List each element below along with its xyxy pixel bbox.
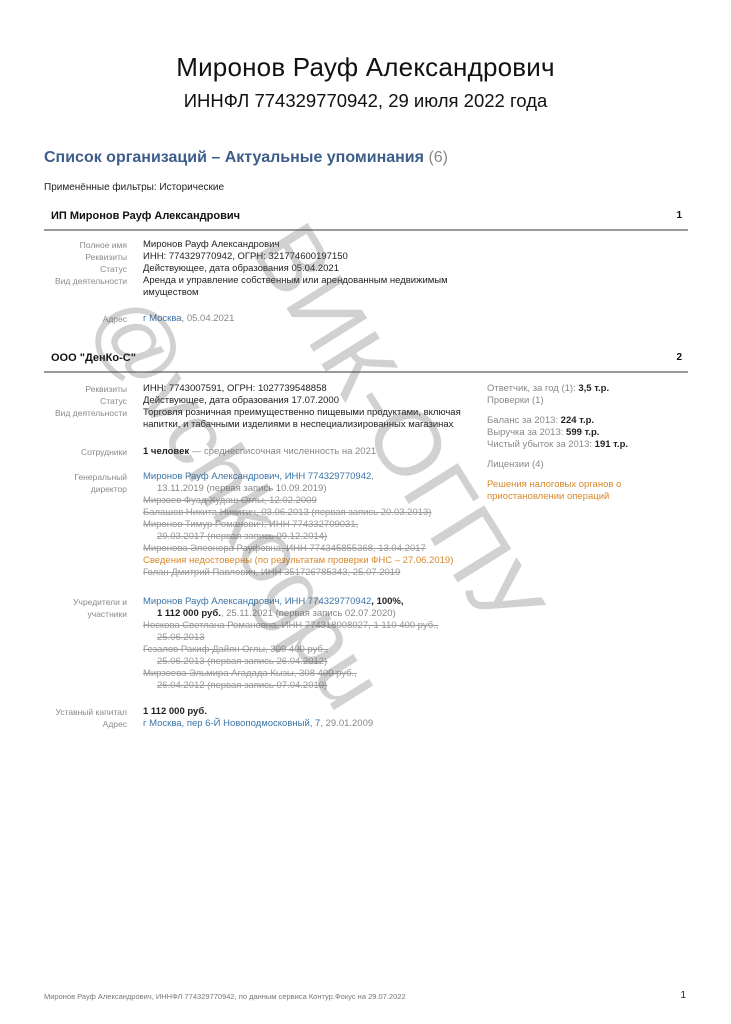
field-label: Адрес	[44, 718, 127, 730]
inspections-link[interactable]: Проверки (1)	[487, 395, 687, 407]
defendant-stat[interactable]: Ответчик, за год (1): 3,5 т.р.	[487, 383, 687, 395]
list-title: Список организаций – Актуальные упоминан…	[44, 149, 448, 167]
director-list: Миронов Рауф Александрович, ИНН 77432977…	[143, 471, 483, 579]
field-label: Сотрудники	[44, 446, 127, 458]
page-number: 1	[680, 990, 686, 1001]
field-label: Адрес	[44, 313, 127, 325]
applied-filters: Применённые фильтры: Исторические	[44, 182, 224, 193]
director-past: Миронов Тимур Романович, ИНН 77433270903…	[143, 519, 483, 531]
field-label: Реквизиты	[44, 251, 127, 263]
employees-note: — среднесписочная численность на 2021	[189, 446, 376, 457]
field-label: Учредители и участники	[44, 596, 127, 620]
tax-decisions-link[interactable]: Решения налоговых органов о приостановле…	[487, 479, 647, 503]
founder-past: Мирзоева Эльмира Агадада Кызы, 308 400 р…	[143, 668, 483, 680]
director-past: 29.03.2017 (первая запись 09.12.2014)	[143, 531, 483, 543]
founders-list: Миронов Рауф Александрович, ИНН 77432977…	[143, 596, 483, 692]
org-number: 2	[676, 352, 682, 363]
field-label: Реквизиты	[44, 383, 127, 395]
director-past: Миронова Элеонора Рауфовна, ИНН 77434585…	[143, 543, 483, 555]
capital-value: 1 112 000 руб.	[143, 706, 483, 718]
org-number: 1	[676, 210, 682, 221]
address-date: , 05.04.2021	[182, 313, 235, 324]
field-value: ИНН: 7743007591, ОГРН: 1027739548858	[143, 383, 483, 395]
founder-current-link[interactable]: Миронов Рауф Александрович, ИНН 77432977…	[143, 596, 371, 607]
founder-past: 25.06.2013 (первая запись 26.04.2012)	[143, 656, 483, 668]
page-footer: Миронов Рауф Александрович, ИННФЛ 774329…	[44, 992, 406, 1001]
employees-count: 1 человек	[143, 446, 189, 457]
revenue-stat: Выручка за 2013: 599 т.р.	[487, 427, 687, 439]
founder-amount: 1 112 000 руб.	[157, 608, 221, 619]
org-name: ООО "ДенКо-С"	[51, 352, 136, 364]
founder-past: Гезалов Ракиф Дайян Оглы, 309 400 руб.,	[143, 644, 483, 656]
balance-stat: Баланс за 2013: 224 т.р.	[487, 415, 687, 427]
founder-date: , 25.11.2021 (первая запись 02.07.2020)	[221, 608, 396, 619]
field-value: Миронов Рауф Александрович	[143, 239, 483, 251]
loss-stat: Чистый убыток за 2013: 191 т.р.	[487, 439, 687, 451]
field-label: Уставный капитал	[44, 706, 127, 718]
field-value: 1 человек — среднесписочная численность …	[143, 446, 483, 458]
field-value: Торговля розничная преимущественно пищев…	[143, 407, 478, 431]
field-label: Вид деятельности	[44, 275, 127, 287]
field-label: Генеральный директор	[44, 471, 127, 495]
address-date: , 29.01.2009	[320, 718, 373, 729]
list-count: (6)	[428, 149, 448, 166]
director-past: Балашов Никита Никитич, 03.06.2013 (перв…	[143, 507, 483, 519]
director-current-link[interactable]: Миронов Рауф Александрович, ИНН 77432977…	[143, 471, 371, 482]
field-label: Полное имя	[44, 239, 127, 251]
status-value: Действующее, дата образования 17.07.2000	[143, 395, 483, 407]
founder-past: 26.04.2012 (первая запись 07.04.2010)	[143, 680, 483, 692]
founder-past: 25.06.2013	[143, 632, 483, 644]
address-link[interactable]: г Москва	[143, 313, 182, 324]
status-value: Действующее, дата образования 05.04.2021	[143, 263, 483, 275]
list-title-text: Список организаций – Актуальные упоминан…	[44, 149, 424, 166]
field-value: г Москва, пер 6-Й Новоподмосковный, 7, 2…	[143, 718, 483, 730]
field-label: Вид деятельности	[44, 407, 127, 419]
person-inn-date: ИННФЛ 774329770942, 29 июля 2022 года	[0, 90, 731, 112]
org-header-1: ИП Миронов Рауф Александрович 1	[44, 205, 688, 231]
director-warning: Сведения недостоверны (по результатам пр…	[143, 555, 483, 567]
field-label: Статус	[44, 263, 127, 275]
org-header-2: ООО "ДенКо-С" 2	[44, 347, 688, 373]
address-link[interactable]: г Москва, пер 6-Й Новоподмосковный, 7	[143, 718, 320, 729]
field-label: Статус	[44, 395, 127, 407]
field-value: г Москва, 05.04.2021	[143, 313, 483, 325]
org2-side-panel: Ответчик, за год (1): 3,5 т.р. Проверки …	[487, 383, 687, 503]
founder-share: , 100%,	[371, 596, 403, 607]
report-header: Миронов Рауф Александрович ИННФЛ 7743297…	[0, 52, 731, 112]
field-value: ИНН: 774329770942, ОГРН: 321774600197150	[143, 251, 483, 263]
org-name: ИП Миронов Рауф Александрович	[51, 210, 240, 222]
field-value: Аренда и управление собственным или арен…	[143, 275, 473, 299]
licenses-link[interactable]: Лицензии (4)	[487, 459, 687, 471]
director-past: Мирзоев Фуад Худаш Оглы, 12.02.2009	[143, 495, 483, 507]
person-name: Миронов Рауф Александрович	[0, 52, 731, 83]
director-current-date: 13.11.2019 (первая запись 10.09.2019)	[143, 483, 483, 495]
director-past: Голан Дмитрий Павлович, ИНН 351726785343…	[143, 567, 483, 579]
founder-past: Носкова Светлана Романовна, ИНН 77431800…	[143, 620, 483, 632]
